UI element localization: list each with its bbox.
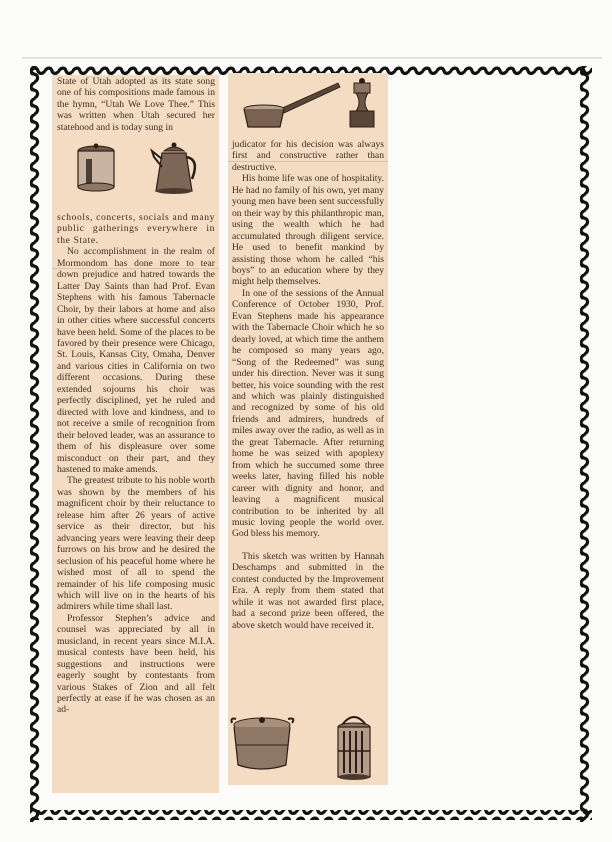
- saucepan-and-pepper-mill-illustration: [236, 77, 386, 133]
- clipping-right-column: judicator for his decision was always fi…: [228, 73, 388, 785]
- stew-pot-and-can-illustration: [230, 711, 386, 783]
- crease-line: [52, 268, 219, 269]
- right-paragraph-3: This sketch was written by Hannah Descha…: [232, 551, 384, 631]
- crease-line: [228, 161, 388, 162]
- left-paragraph-1: No accomplishment in the realm of Mormon…: [57, 246, 215, 475]
- right-paragraph-2: In one of the sessions of the Annual Con…: [232, 288, 384, 540]
- cooking-pot-icon: [78, 144, 114, 192]
- stew-pot-icon: [232, 717, 294, 769]
- saucepan-icon: [244, 83, 340, 127]
- left-text-block-2: schools, concerts, socials and many publ…: [57, 212, 215, 246]
- clipping-left-column: State of Utah adopted as its state song …: [52, 75, 219, 793]
- pot-and-coffeepot-illustration: [74, 141, 204, 199]
- coffee-pot-icon: [152, 143, 195, 195]
- scrapbook-page: State of Utah adopted as its state song …: [0, 0, 612, 842]
- pepper-mill-icon: [350, 78, 374, 127]
- right-paragraph-1: His home life was one of hospitality. He…: [232, 173, 384, 288]
- lantern-can-icon: [338, 717, 370, 780]
- left-paragraph-2: The greatest tribute to his noble worth …: [57, 475, 215, 612]
- left-paragraph-3: Professor Stephen’s advice and counsel w…: [57, 613, 215, 716]
- right-text-block-1: judicator for his decision was always fi…: [232, 139, 384, 173]
- scan-edge: [22, 57, 602, 59]
- left-text-block-1: State of Utah adopted as its state song …: [57, 76, 215, 133]
